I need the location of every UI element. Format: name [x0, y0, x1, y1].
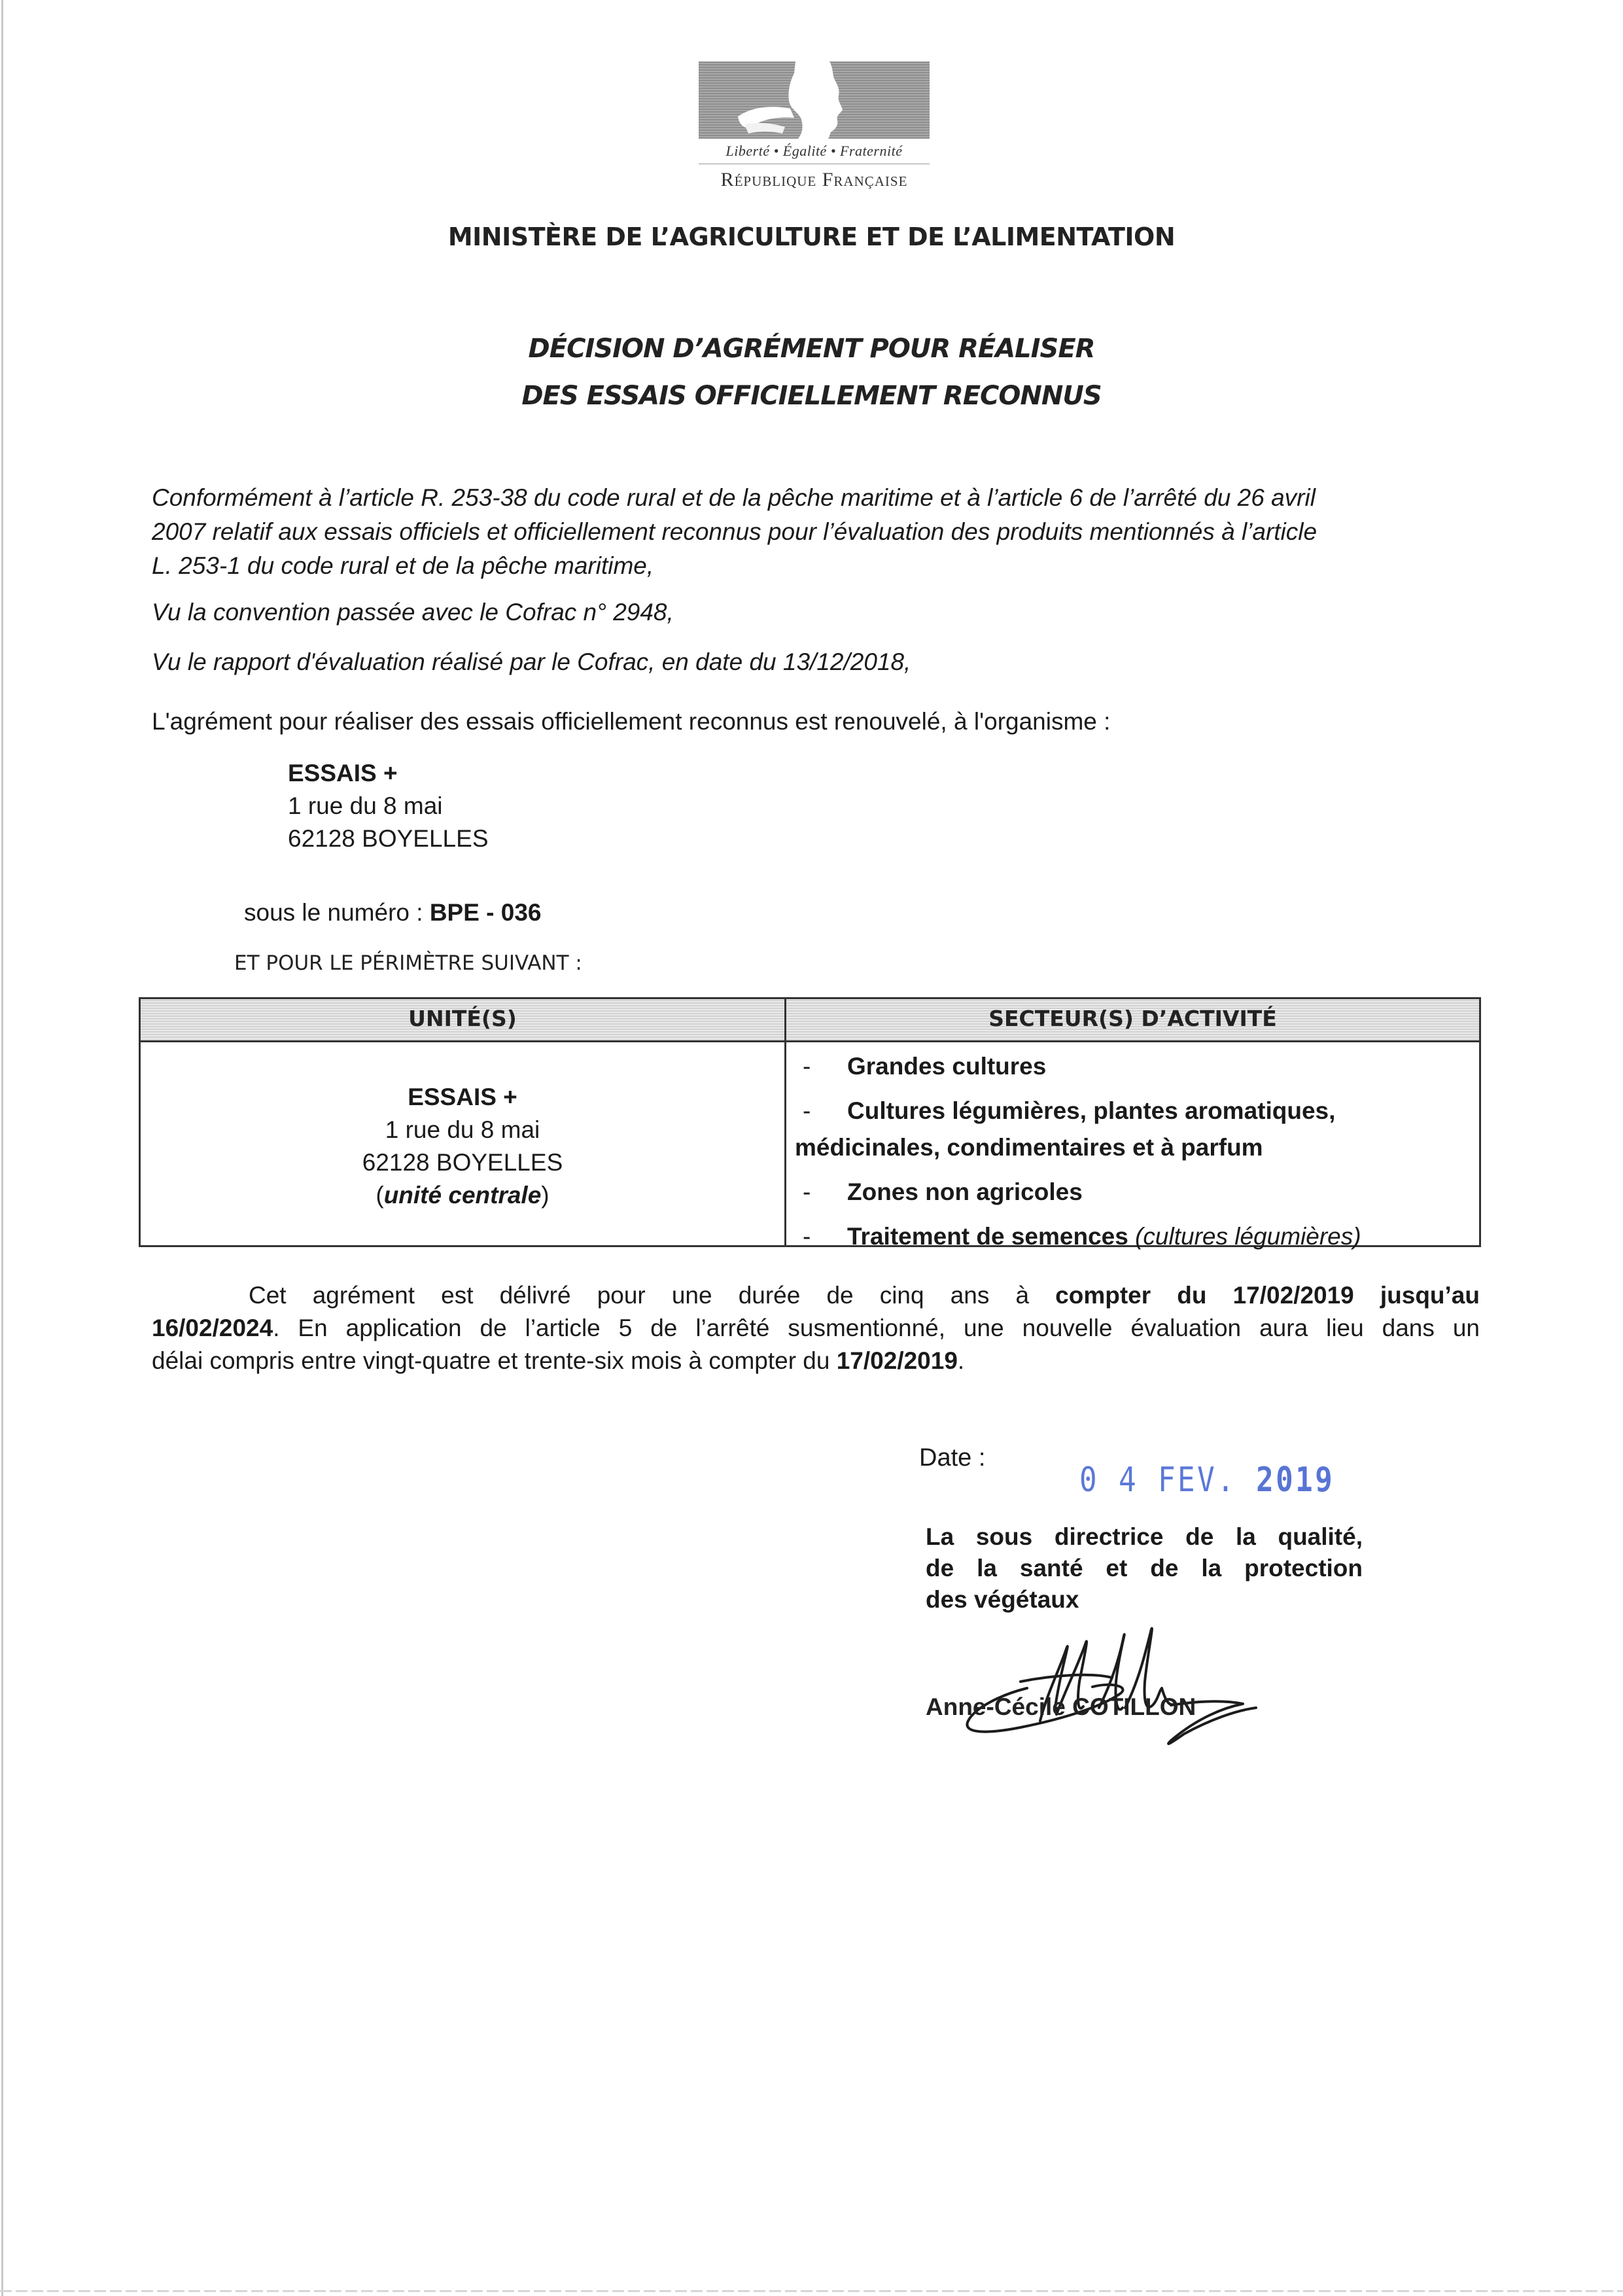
stamp-year: 2019 — [1256, 1460, 1335, 1500]
validity-line: Cet agrément est délivré pour une durée … — [152, 1279, 1480, 1312]
vu-rapport: Vu le rapport d'évaluation réalisé par l… — [152, 645, 1480, 679]
unit-name: ESSAIS + — [141, 1081, 784, 1114]
perimeter-table: UNITÉ(S) SECTEUR(S) D’ACTIVITÉ ESSAIS + … — [139, 997, 1481, 1247]
marianne-profile-icon — [699, 62, 930, 139]
unit-city: 62128 BOYELLES — [141, 1146, 784, 1179]
scan-edge-artifact — [0, 2290, 1623, 2292]
ministry-name: MINISTÈRE DE L’AGRICULTURE ET DE L’ALIME… — [0, 222, 1623, 251]
preamble-paragraph: Conformément à l’article R. 253-38 du co… — [152, 481, 1480, 583]
approval-number-value: BPE - 036 — [430, 899, 542, 926]
unit-note-text: unité centrale — [384, 1182, 542, 1209]
approval-number-label: sous le numéro : — [244, 899, 430, 926]
preamble-line: Conformément à l’article R. 253-38 du co… — [152, 481, 1480, 515]
validity-paragraph: Cet agrément est délivré pour une durée … — [152, 1279, 1480, 1377]
logo-rule — [699, 164, 930, 164]
approval-number: sous le numéro : BPE - 036 — [244, 899, 542, 927]
stamp-day-month: 0 4 FEV. — [1079, 1460, 1236, 1500]
table-header-sectors: SECTEUR(S) D’ACTIVITÉ — [786, 1006, 1479, 1031]
table-cell-sectors: -Grandes cultures -Cultures légumières, … — [795, 1048, 1475, 1255]
signatory-title: La sous directrice de la qualité, de la … — [926, 1521, 1363, 1616]
preamble-line: L. 253-1 du code rural et de la pêche ma… — [152, 549, 1480, 583]
marianne-logo-icon: Liberté • Égalité • Fraternité Républiqu… — [699, 62, 930, 199]
handwritten-signature-icon — [949, 1610, 1341, 1767]
preamble-line: 2007 relatif aux essais officiels et off… — [152, 515, 1480, 549]
organisme-city: 62128 BOYELLES — [288, 822, 489, 855]
validity-line: 16/02/2024. En application de l’article … — [152, 1312, 1480, 1345]
sector-item: -Zones non agricoles — [795, 1174, 1475, 1210]
logo-republic: République Française — [699, 169, 930, 191]
organisme-name: ESSAIS + — [288, 757, 489, 790]
table-column-divider — [784, 999, 786, 1245]
signer-name: Anne-Cécile COTILLON — [926, 1693, 1196, 1721]
sector-item: -Grandes cultures — [795, 1048, 1475, 1085]
table-header-units: UNITÉ(S) — [141, 1006, 784, 1031]
vu-convention: Vu la convention passée avec le Cofrac n… — [152, 595, 1480, 629]
decision-title-line-1: DÉCISION D’AGRÉMENT POUR RÉALISER — [0, 334, 1623, 364]
logo-motto: Liberté • Égalité • Fraternité — [699, 143, 930, 160]
organisme-street: 1 rue du 8 mai — [288, 790, 489, 822]
sector-item: -Traitement de semences (cultures légumi… — [795, 1218, 1475, 1255]
organisme-address-block: ESSAIS + 1 rue du 8 mai 62128 BOYELLES — [288, 757, 489, 855]
date-stamp: 0 4 FEV. 2019 — [1079, 1460, 1335, 1500]
date-label: Date : — [919, 1444, 985, 1472]
unit-note: (unité centrale) — [141, 1179, 784, 1212]
document-page: Liberté • Égalité • Fraternité Républiqu… — [0, 0, 1623, 2296]
decision-title-line-2: DES ESSAIS OFFICIELLEMENT RECONNUS — [0, 381, 1623, 411]
table-cell-unit: ESSAIS + 1 rue du 8 mai 62128 BOYELLES (… — [141, 1081, 784, 1212]
sector-item: -Cultures légumières, plantes aromatique… — [795, 1093, 1475, 1166]
validity-line: délai compris entre vingt-quatre et tren… — [152, 1345, 1480, 1377]
grant-intro: L'agrément pour réaliser des essais offi… — [152, 705, 1480, 739]
perimeter-label: ET POUR LE PÉRIMÈTRE SUIVANT : — [234, 951, 582, 975]
unit-street: 1 rue du 8 mai — [141, 1114, 784, 1146]
